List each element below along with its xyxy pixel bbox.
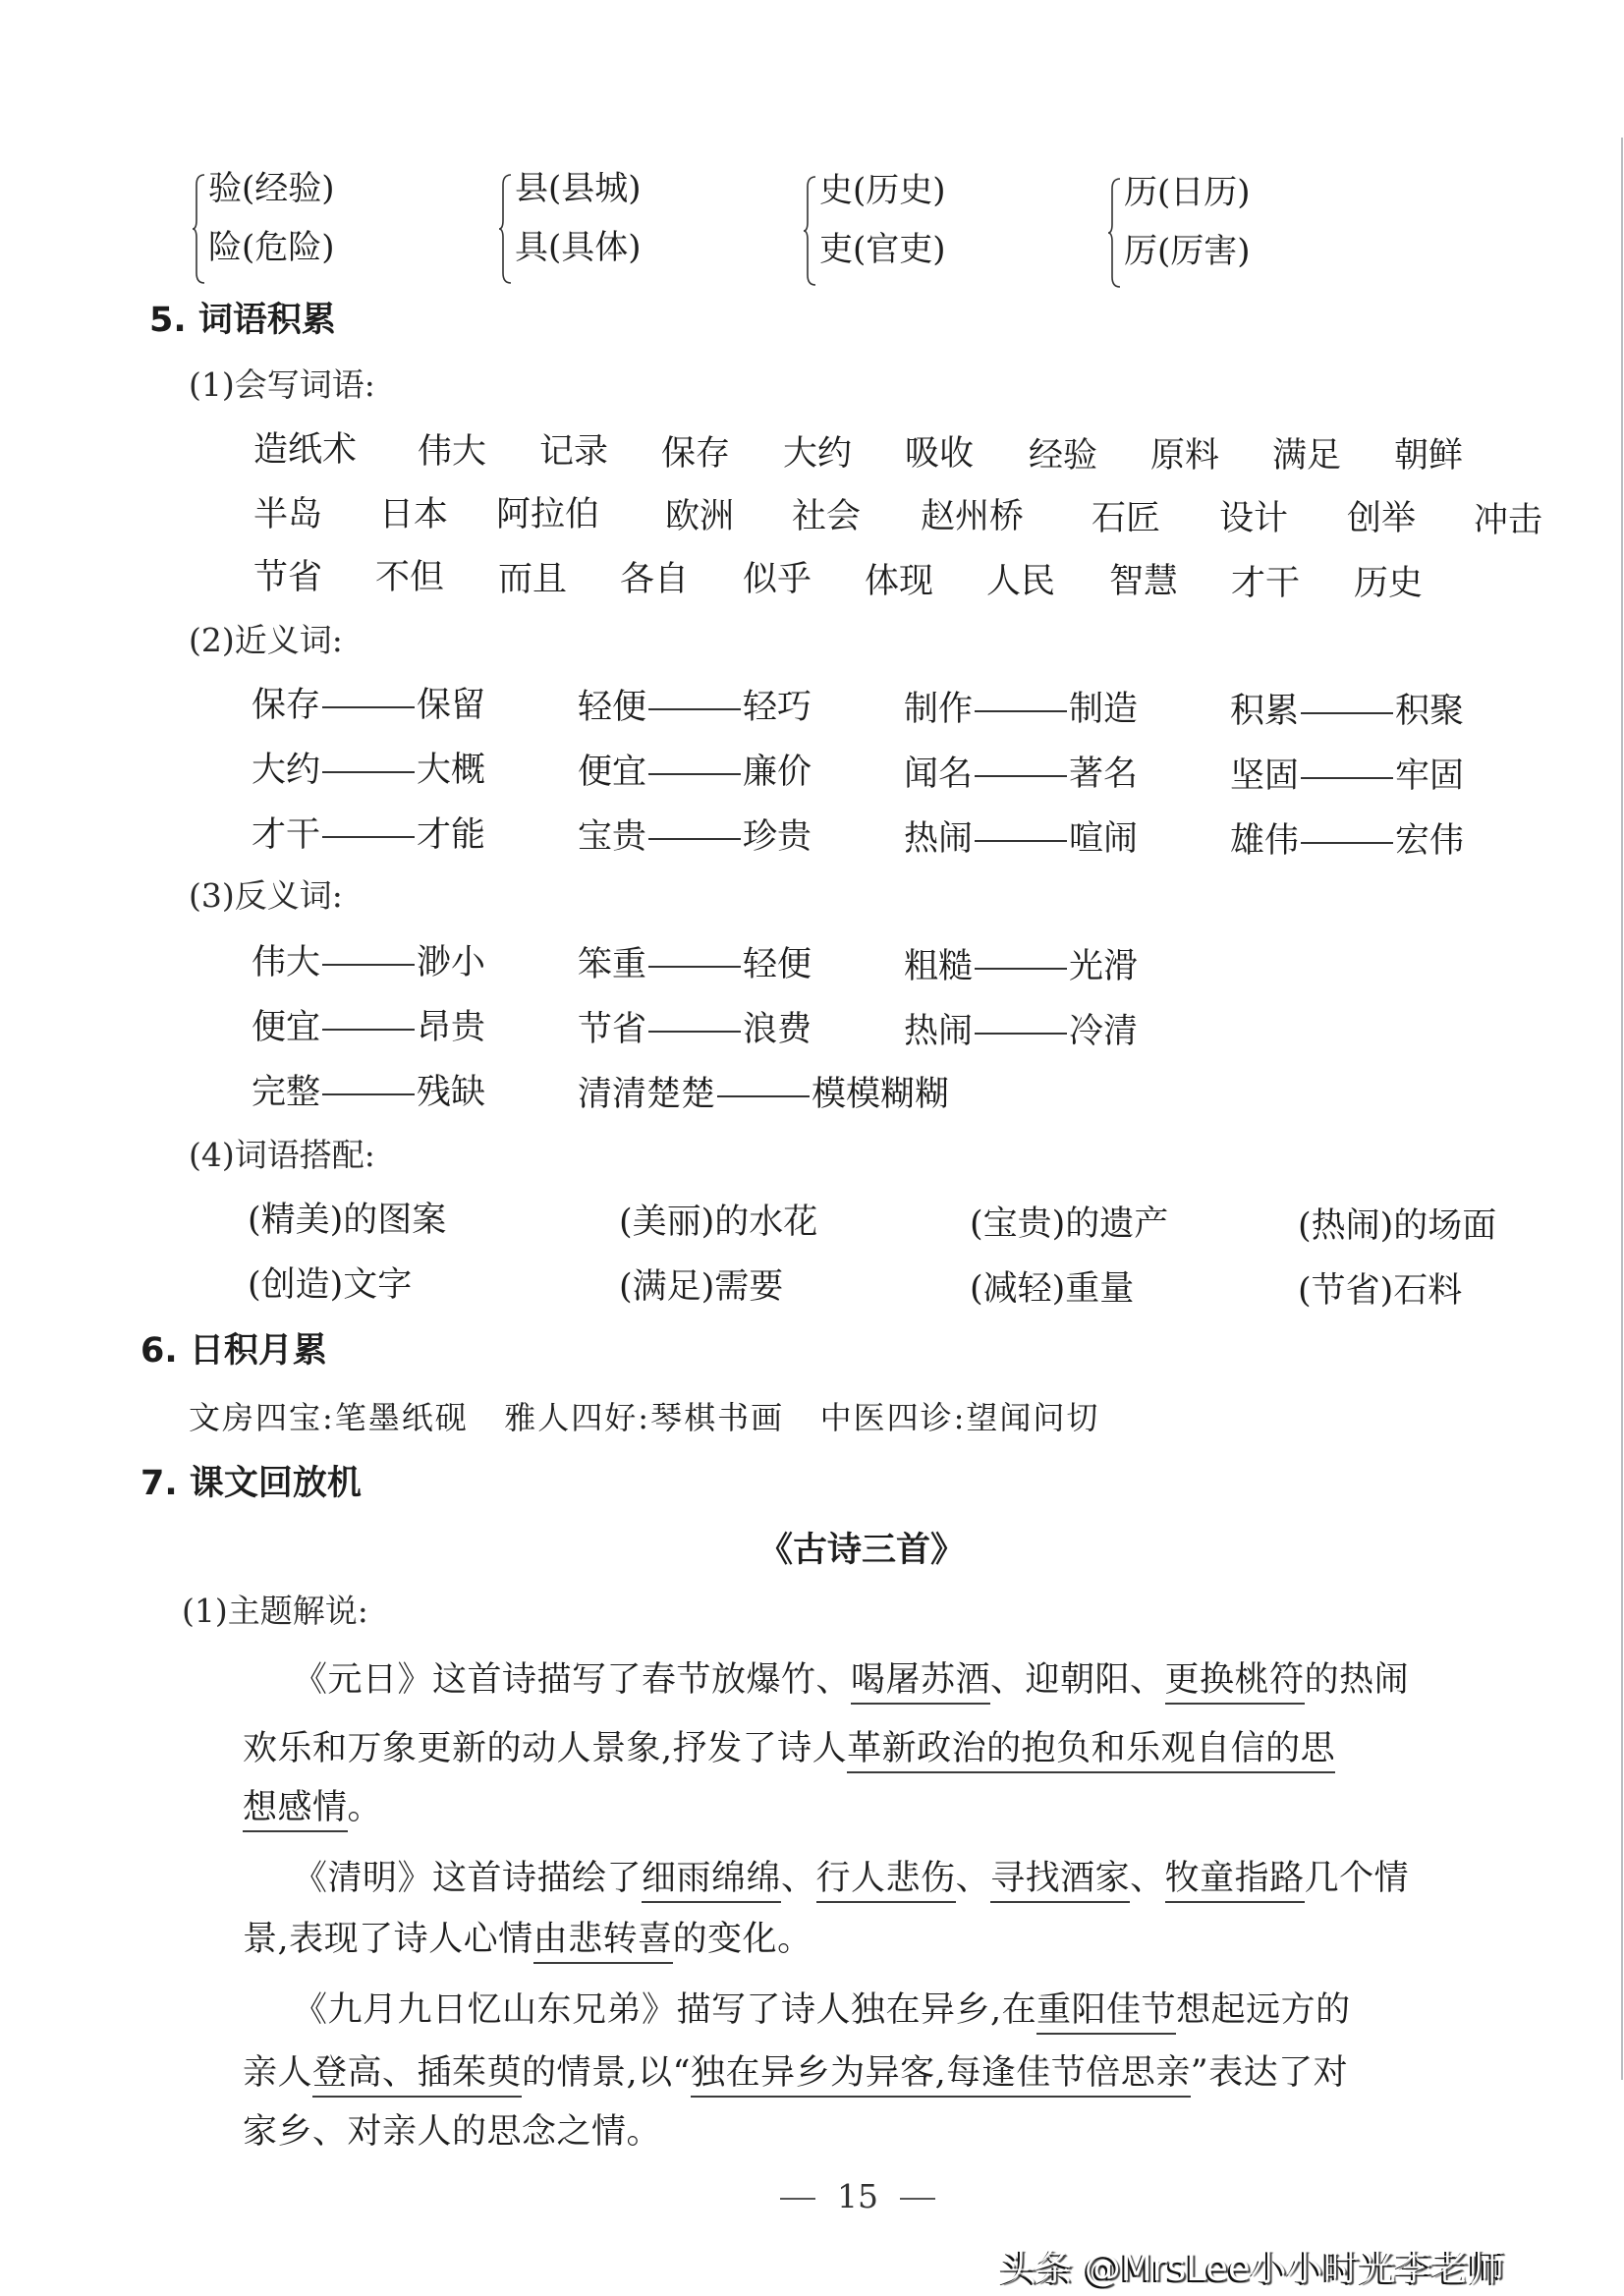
key-phrase: 想感情 <box>243 1788 348 1832</box>
key-phrase: 行人悲伤 <box>816 1859 956 1903</box>
word: 才干 <box>1231 556 1300 605</box>
brace-item: 厉(厉害) <box>1124 232 1251 271</box>
antonym-pair: 伟大渺小 <box>252 935 485 984</box>
section-heading-text-review: 7. 课文回放机 <box>140 1456 362 1505</box>
word: 阿拉伯 <box>496 487 599 536</box>
word: 原料 <box>1150 428 1219 477</box>
key-phrase: 登高、插茱萸 <box>312 2053 522 2098</box>
brace-item: 具(具体) <box>515 228 642 267</box>
word: 记录 <box>539 424 608 474</box>
antonym-pair: 笨重轻便 <box>578 937 812 986</box>
key-phrase: 独在异乡为异客,每逢佳节倍思亲 <box>691 2053 1191 2098</box>
key-phrase: 细雨绵绵 <box>642 1859 781 1903</box>
word: 而且 <box>498 552 567 601</box>
paragraph-line: 亲人登高、插茱萸的情景,以“独在异乡为异客,每逢佳节倍思亲”表达了对 <box>243 2045 1348 2095</box>
page-edge <box>1621 138 1623 2080</box>
section-heading-daily-accumulation: 6. 日积月累 <box>140 1323 327 1372</box>
antonym-pair: 清清楚楚模模糊糊 <box>578 1067 949 1116</box>
word: 人民 <box>986 554 1055 603</box>
subsection-label-write-words: (1)会写词语: <box>189 360 375 406</box>
collocation: (创造)文字 <box>248 1258 412 1307</box>
brace-item: 吏(官吏) <box>819 230 946 269</box>
collocation: (宝贵)的遗产 <box>970 1197 1168 1246</box>
collocation: (美丽)的水花 <box>619 1195 817 1244</box>
collocation: (满足)需要 <box>619 1260 783 1309</box>
key-phrase: 牧童指路 <box>1165 1859 1305 1903</box>
word: 石匠 <box>1092 491 1160 540</box>
word: 造纸术 <box>253 422 357 472</box>
word: 体现 <box>865 554 933 603</box>
poem-collection-title: 《古诗三首》 <box>758 1523 965 1572</box>
synonym-pair: 便宜廉价 <box>578 745 812 794</box>
word: 日本 <box>379 487 448 536</box>
word: 朝鲜 <box>1394 428 1463 477</box>
dash-icon <box>780 2198 815 2200</box>
subsection-label-synonyms: (2)近义词: <box>189 615 343 661</box>
paragraph-line: 欢乐和万象更新的动人景象,抒发了诗人革新政治的抱负和乐观自信的思 <box>243 1721 1335 1770</box>
word: 设计 <box>1219 491 1288 540</box>
synonym-pair: 轻便轻巧 <box>578 680 812 729</box>
word: 经验 <box>1029 428 1097 477</box>
word: 各自 <box>620 552 689 601</box>
brace-item: 历(日历) <box>1124 173 1251 212</box>
word: 欧洲 <box>665 489 734 538</box>
word: 历史 <box>1354 556 1423 605</box>
word: 不但 <box>375 550 444 599</box>
brace-group: 历(日历) 厉(厉害) <box>1108 171 1354 299</box>
brace-item: 史(历史) <box>819 171 946 210</box>
subsection-label-theme: (1)主题解说: <box>182 1586 368 1632</box>
antonym-pair: 热闹冷清 <box>904 1004 1138 1053</box>
word: 吸收 <box>905 426 974 476</box>
synonym-pair: 才干才能 <box>252 808 485 857</box>
word: 半岛 <box>253 487 322 536</box>
key-phrase: 寻找酒家 <box>990 1859 1130 1903</box>
word: 节省 <box>253 550 322 599</box>
key-phrase: 由悲转喜 <box>533 1920 673 1964</box>
subsection-label-collocations: (4)词语搭配: <box>189 1130 375 1176</box>
page-number: 15 <box>758 2177 957 2215</box>
synonym-pair: 雄伟宏伟 <box>1230 813 1464 863</box>
paragraph-line: 家乡、对亲人的思念之情。 <box>243 2104 661 2154</box>
section-heading-vocabulary: 5. 词语积累 <box>149 293 336 342</box>
collocation: (节省)石料 <box>1298 1263 1462 1313</box>
word: 社会 <box>792 489 861 538</box>
collocation: (热闹)的场面 <box>1298 1199 1496 1248</box>
word: 保存 <box>661 426 730 476</box>
word: 大约 <box>783 426 852 476</box>
paragraph-line: 想感情。 <box>243 1780 382 1829</box>
left-brace-icon <box>193 173 206 285</box>
synonym-pair: 大约大概 <box>252 743 485 792</box>
synonym-pair: 制作制造 <box>904 682 1138 731</box>
word: 伟大 <box>418 424 486 474</box>
paragraph-line: 景,表现了诗人心情由悲转喜的变化。 <box>243 1912 812 1961</box>
paragraph-line: 《元日》这首诗描写了春节放爆竹、喝屠苏酒、迎朝阳、更换桃符的热闹 <box>293 1652 1409 1702</box>
antonym-pair: 粗糙光滑 <box>904 939 1138 988</box>
left-brace-icon <box>804 175 817 287</box>
paragraph-line: 《九月九日忆山东兄弟》描写了诗人独在异乡,在重阳佳节想起远方的 <box>293 1983 1351 2032</box>
brace-item: 县(县城) <box>515 169 642 208</box>
paragraph-line: 《清明》这首诗描绘了细雨绵绵、行人悲伤、寻找酒家、牧童指路几个情 <box>293 1851 1409 1900</box>
word: 赵州桥 <box>921 489 1024 538</box>
key-phrase: 革新政治的抱负和乐观自信的思 <box>847 1729 1335 1773</box>
brace-group: 史(历史) 吏(官吏) <box>804 169 1049 297</box>
key-phrase: 重阳佳节 <box>1036 1990 1176 2035</box>
watermark: 头条 @MrsLee小小时光李老师 <box>1000 2238 1505 2291</box>
key-phrase: 更换桃符 <box>1165 1660 1305 1705</box>
synonym-pair: 保存保留 <box>252 678 485 727</box>
brace-item: 验(经验) <box>208 169 335 208</box>
brace-item: 险(危险) <box>208 228 335 267</box>
synonym-pair: 积累积聚 <box>1230 684 1464 733</box>
synonym-pair: 宝贵珍贵 <box>578 810 812 859</box>
key-phrase: 喝屠苏酒 <box>851 1660 990 1705</box>
word: 冲击 <box>1474 493 1542 542</box>
subsection-label-antonyms: (3)反义词: <box>189 870 343 917</box>
antonym-pair: 完整残缺 <box>252 1065 485 1114</box>
word: 智慧 <box>1109 554 1178 603</box>
brace-group: 验(经验) 险(危险) <box>193 167 438 295</box>
collocation: (精美)的图案 <box>248 1193 446 1242</box>
word: 满足 <box>1272 428 1341 477</box>
left-brace-icon <box>499 173 513 285</box>
idiom-line: 文房四宝:笔墨纸砚 雅人四好:琴棋书画 中医四诊:望闻问切 <box>189 1393 1099 1438</box>
brace-group: 县(县城) 具(具体) <box>499 167 745 295</box>
synonym-pair: 坚固牢固 <box>1230 749 1464 798</box>
word: 创举 <box>1347 491 1416 540</box>
antonym-pair: 便宜昂贵 <box>252 1000 485 1049</box>
dash-icon <box>900 2198 935 2200</box>
left-brace-icon <box>1108 177 1122 289</box>
antonym-pair: 节省浪费 <box>578 1002 812 1051</box>
collocation: (减轻)重量 <box>970 1261 1134 1311</box>
synonym-pair: 热闹喧闹 <box>904 812 1138 861</box>
synonym-pair: 闻名著名 <box>904 747 1138 796</box>
word: 似乎 <box>743 552 812 601</box>
